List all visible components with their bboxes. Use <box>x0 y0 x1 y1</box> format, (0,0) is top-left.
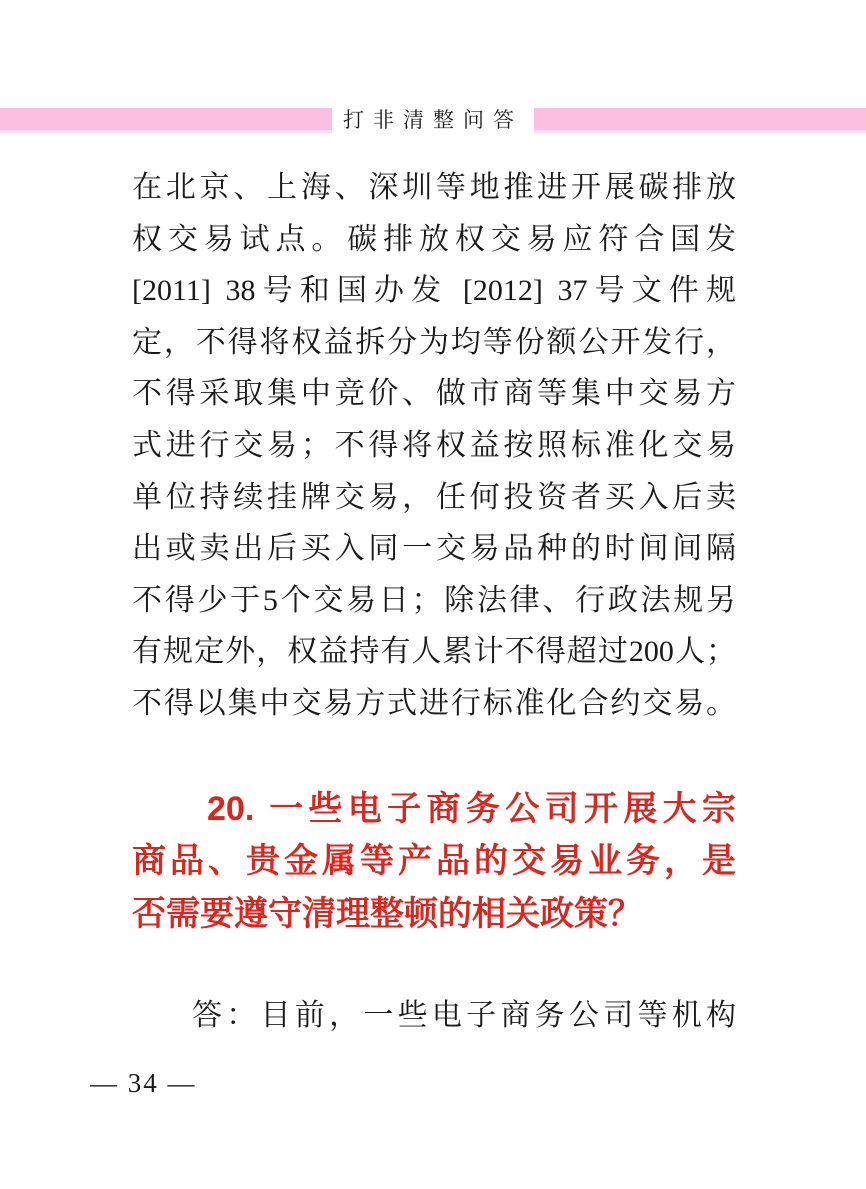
text-line: 定，不得将权益拆分为均等份额公开发行， <box>132 317 736 369</box>
question-line: 商品、贵金属等产品的交易业务，是 <box>132 835 736 887</box>
text-line: 出或卖出后买入同一交易品种的时间间隔 <box>132 523 736 575</box>
text-line: [2011] 38号和国办发 [2012] 37号文件规 <box>132 265 736 317</box>
text-line: 不得采取集中竞价、做市商等集中交易方 <box>132 368 736 420</box>
answer-paragraph: 答：目前，一些电子商务公司等机构 <box>132 990 736 1042</box>
text-line: 在北京、上海、深圳等地推进开展碳排放 <box>132 162 736 214</box>
question-20-heading: 20. 一些电子商务公司开展大宗 商品、贵金属等产品的交易业务，是 否需要遵守清… <box>132 783 736 940</box>
answer-line: 答：目前，一些电子商务公司等机构 <box>132 990 736 1042</box>
question-line: 否需要遵守清理整顿的相关政策？ <box>132 888 736 940</box>
text-line: 有规定外，权益持有人累计不得超过200人； <box>132 626 736 678</box>
text-line: 不得少于5个交易日；除法律、行政法规另 <box>132 575 736 627</box>
text-line: 不得以集中交易方式进行标准化合约交易。 <box>132 678 736 730</box>
question-line: 20. 一些电子商务公司开展大宗 <box>132 783 736 835</box>
text-line: 权交易试点。碳排放权交易应符合国发 <box>132 214 736 266</box>
header-band-right <box>534 108 866 133</box>
text-line: 式进行交易；不得将权益按照标准化交易 <box>132 420 736 472</box>
page-header-title: 打非清整问答 <box>332 108 534 133</box>
text-line: 单位持续挂牌交易，任何投资者买入后卖 <box>132 472 736 524</box>
paragraph-carbon-trading: 在北京、上海、深圳等地推进开展碳排放 权交易试点。碳排放权交易应符合国发 [20… <box>132 162 736 730</box>
page-header: 打非清整问答 <box>0 108 866 136</box>
page-number: — 34 — <box>90 1067 197 1099</box>
header-band-left <box>0 108 332 133</box>
book-page: 打非清整问答 在北京、上海、深圳等地推进开展碳排放 权交易试点。碳排放权交易应符… <box>0 0 866 1189</box>
